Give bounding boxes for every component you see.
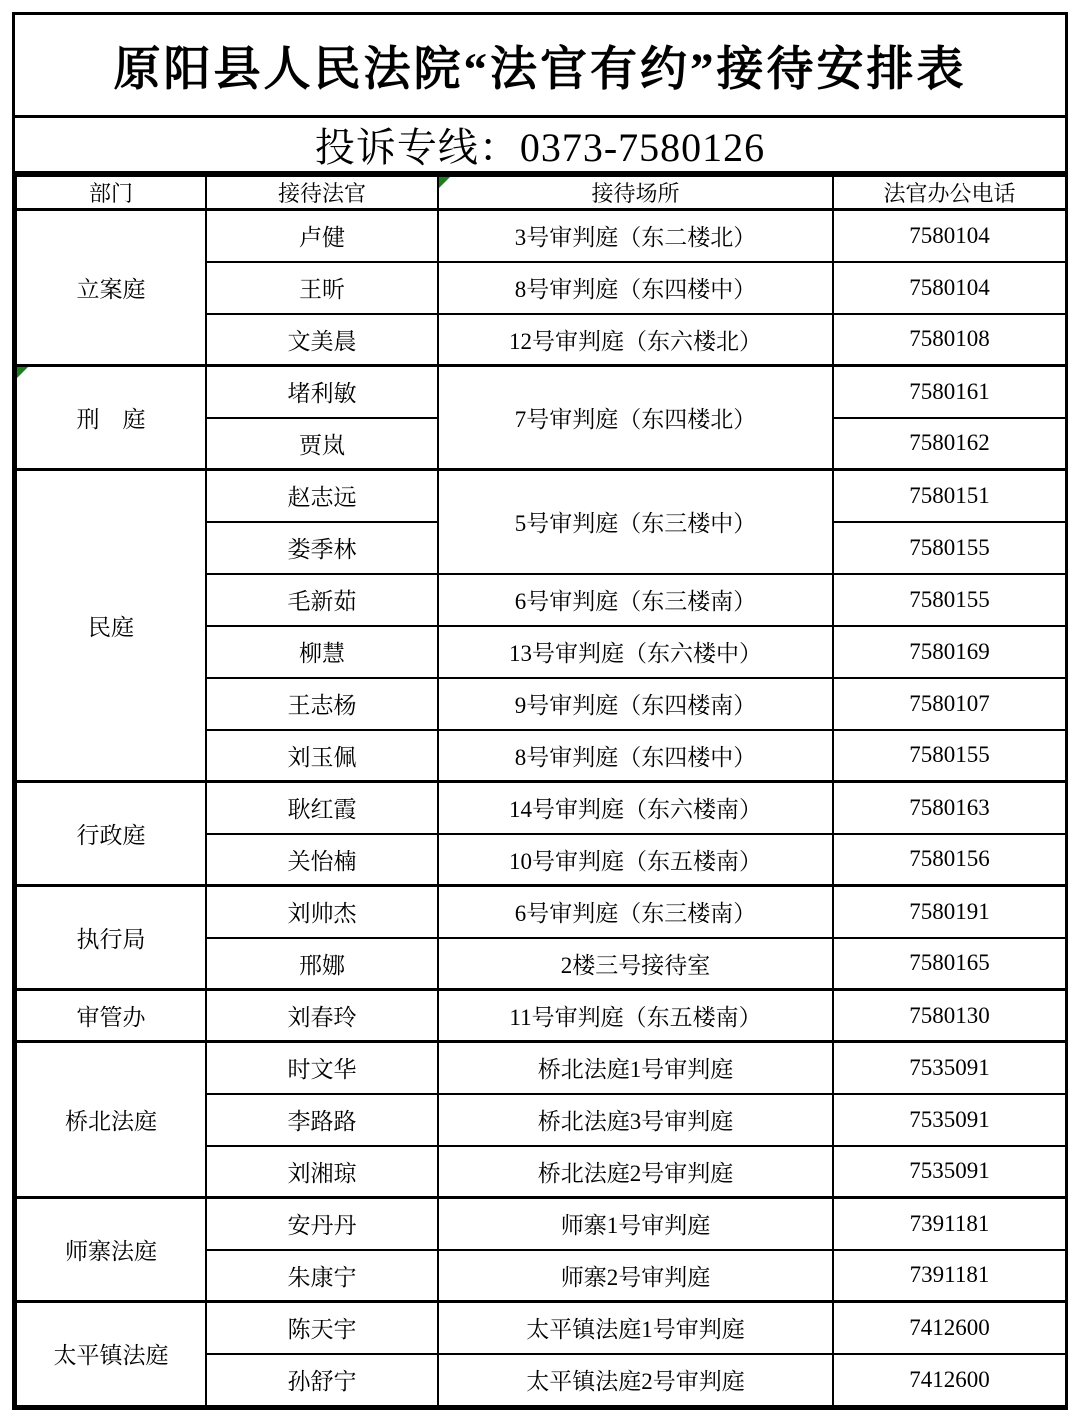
venue-cell: 太平镇法庭1号审判庭: [438, 1302, 833, 1354]
department-cell: 桥北法庭: [16, 1042, 206, 1198]
judge-cell: 文美晨: [206, 314, 438, 366]
judge-cell: 邢娜: [206, 938, 438, 990]
venue-cell: 桥北法庭1号审判庭: [438, 1042, 833, 1094]
table-row: 民庭 赵志远 5号审判庭（东三楼中） 7580151: [16, 470, 1066, 522]
venue-cell: 5号审判庭（东三楼中）: [438, 470, 833, 574]
table-row: 立案庭 卢健 3号审判庭（东二楼北） 7580104: [16, 210, 1066, 262]
department-cell: 民庭: [16, 470, 206, 782]
phone-cell: 7580163: [833, 782, 1066, 834]
department-cell: 太平镇法庭: [16, 1302, 206, 1406]
phone-cell: 7580162: [833, 418, 1066, 470]
phone-cell: 7580155: [833, 522, 1066, 574]
judge-cell: 耿红霞: [206, 782, 438, 834]
judge-cell: 陈天宇: [206, 1302, 438, 1354]
judge-cell: 贾岚: [206, 418, 438, 470]
department-cell: 立案庭: [16, 210, 206, 366]
phone-cell: 7535091: [833, 1042, 1066, 1094]
phone-cell: 7580191: [833, 886, 1066, 938]
table-row: 执行局 刘帅杰 6号审判庭（东三楼南） 7580191: [16, 886, 1066, 938]
venue-cell: 14号审判庭（东六楼南）: [438, 782, 833, 834]
phone-cell: 7580151: [833, 470, 1066, 522]
phone-cell: 7412600: [833, 1302, 1066, 1354]
phone-cell: 7535091: [833, 1146, 1066, 1198]
phone-cell: 7580169: [833, 626, 1066, 678]
judge-cell: 李路路: [206, 1094, 438, 1146]
column-header-phone: 法官办公电话: [833, 176, 1066, 210]
title-band: 原阳县人民法院“法官有约”接待安排表: [15, 15, 1065, 118]
phone-cell: 7391181: [833, 1250, 1066, 1302]
phone-cell: 7580104: [833, 262, 1066, 314]
department-cell: 行政庭: [16, 782, 206, 886]
judge-cell: 安丹丹: [206, 1198, 438, 1250]
header-row: 部门 接待法官 接待场所 法官办公电话: [16, 176, 1066, 210]
document-title: 原阳县人民法院“法官有约”接待安排表: [114, 32, 967, 99]
phone-cell: 7580161: [833, 366, 1066, 418]
venue-cell: 12号审判庭（东六楼北）: [438, 314, 833, 366]
phone-cell: 7580107: [833, 678, 1066, 730]
judge-cell: 刘湘琼: [206, 1146, 438, 1198]
venue-cell: 师寨1号审判庭: [438, 1198, 833, 1250]
venue-cell: 6号审判庭（东三楼南）: [438, 886, 833, 938]
venue-cell: 10号审判庭（东五楼南）: [438, 834, 833, 886]
judge-cell: 刘帅杰: [206, 886, 438, 938]
reception-schedule-table: 部门 接待法官 接待场所 法官办公电话 立案庭 卢健 3号审判庭（东二楼北） 7…: [15, 175, 1067, 1407]
judge-cell: 毛新茹: [206, 574, 438, 626]
venue-cell: 2楼三号接待室: [438, 938, 833, 990]
phone-cell: 7580165: [833, 938, 1066, 990]
judge-cell: 关怡楠: [206, 834, 438, 886]
table-row: 审管办 刘春玲 11号审判庭（东五楼南） 7580130: [16, 990, 1066, 1042]
judge-cell: 王志杨: [206, 678, 438, 730]
phone-cell: 7412600: [833, 1354, 1066, 1406]
table-row: 行政庭 耿红霞 14号审判庭（东六楼南） 7580163: [16, 782, 1066, 834]
venue-cell: 3号审判庭（东二楼北）: [438, 210, 833, 262]
phone-cell: 7535091: [833, 1094, 1066, 1146]
phone-cell: 7580104: [833, 210, 1066, 262]
judge-cell: 王昕: [206, 262, 438, 314]
venue-cell: 13号审判庭（东六楼中）: [438, 626, 833, 678]
excel-error-flag-icon: [439, 177, 450, 188]
reception-schedule-document: 原阳县人民法院“法官有约”接待安排表 投诉专线：0373-7580126 部门 …: [12, 12, 1068, 1410]
venue-cell: 师寨2号审判庭: [438, 1250, 833, 1302]
judge-cell: 卢健: [206, 210, 438, 262]
phone-cell: 7391181: [833, 1198, 1066, 1250]
venue-cell: 8号审判庭（东四楼中）: [438, 730, 833, 782]
judge-cell: 堵利敏: [206, 366, 438, 418]
venue-cell: 6号审判庭（东三楼南）: [438, 574, 833, 626]
department-cell: 师寨法庭: [16, 1198, 206, 1302]
column-header-venue-label: 接待场所: [591, 181, 679, 206]
phone-cell: 7580155: [833, 730, 1066, 782]
judge-cell: 赵志远: [206, 470, 438, 522]
excel-error-flag-icon: [17, 367, 28, 378]
venue-cell: 桥北法庭3号审判庭: [438, 1094, 833, 1146]
venue-cell: 太平镇法庭2号审判庭: [438, 1354, 833, 1406]
phone-cell: 7580155: [833, 574, 1066, 626]
phone-cell: 7580156: [833, 834, 1066, 886]
phone-cell: 7580108: [833, 314, 1066, 366]
table-row: 太平镇法庭 陈天宇 太平镇法庭1号审判庭 7412600: [16, 1302, 1066, 1354]
table-row: 师寨法庭 安丹丹 师寨1号审判庭 7391181: [16, 1198, 1066, 1250]
column-header-venue: 接待场所: [438, 176, 833, 210]
department-cell: 执行局: [16, 886, 206, 990]
department-cell: 审管办: [16, 990, 206, 1042]
venue-cell: 7号审判庭（东四楼北）: [438, 366, 833, 470]
department-cell: 刑 庭: [16, 366, 206, 470]
venue-cell: 11号审判庭（东五楼南）: [438, 990, 833, 1042]
column-header-department: 部门: [16, 176, 206, 210]
phone-cell: 7580130: [833, 990, 1066, 1042]
department-label: 刑 庭: [77, 407, 146, 432]
judge-cell: 娄季林: [206, 522, 438, 574]
judge-cell: 柳慧: [206, 626, 438, 678]
judge-cell: 时文华: [206, 1042, 438, 1094]
judge-cell: 孙舒宁: [206, 1354, 438, 1406]
venue-cell: 8号审判庭（东四楼中）: [438, 262, 833, 314]
table-row: 桥北法庭 时文华 桥北法庭1号审判庭 7535091: [16, 1042, 1066, 1094]
judge-cell: 朱康宁: [206, 1250, 438, 1302]
judge-cell: 刘春玲: [206, 990, 438, 1042]
table-row: 刑 庭 堵利敏 7号审判庭（东四楼北） 7580161: [16, 366, 1066, 418]
hotline-band: 投诉专线：0373-7580126: [15, 118, 1065, 175]
venue-cell: 9号审判庭（东四楼南）: [438, 678, 833, 730]
venue-cell: 桥北法庭2号审判庭: [438, 1146, 833, 1198]
column-header-judge: 接待法官: [206, 176, 438, 210]
complaint-hotline: 投诉专线：0373-7580126: [315, 116, 765, 173]
judge-cell: 刘玉佩: [206, 730, 438, 782]
